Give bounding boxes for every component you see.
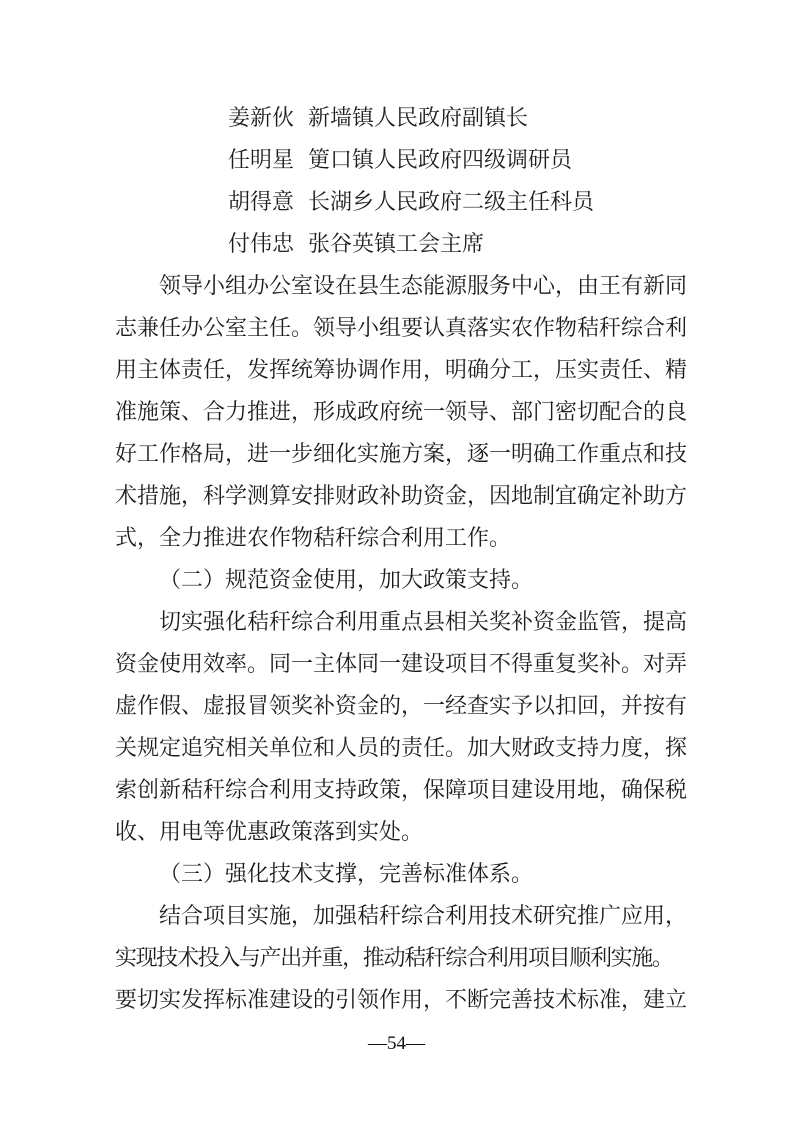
paragraph-line: 式，全力推进农作物秸秆综合利用工作。 — [115, 517, 689, 559]
paragraph-line: 虚作假、虚报冒领奖补资金的，一经查实予以扣回，并按有 — [115, 685, 689, 727]
paragraph-line: 要切实发挥标准建设的引领作用，不断完善技术标准，建立 — [115, 979, 689, 1021]
paragraph-line: 准施策、合力推进，形成政府统一领导、部门密切配合的良 — [115, 391, 689, 433]
paragraph-line: 结合项目实施，加强秸秆综合利用技术研究推广应用， — [115, 895, 689, 937]
paragraph-line: 索创新秸秆综合利用支持政策，保障项目建设用地，确保税 — [115, 769, 689, 811]
document-body: 姜新伙新墙镇人民政府副镇长 任明星筻口镇人民政府四级调研员 胡得意长湖乡人民政府… — [115, 97, 689, 1021]
paragraph-line: 收、用电等优惠政策落到实处。 — [115, 811, 689, 853]
roster-row: 付伟忠张谷英镇工会主席 — [115, 223, 689, 265]
paragraph-line: 志兼任办公室主任。领导小组要认真落实农作物秸秆综合利 — [115, 307, 689, 349]
paragraph-line: 实现技术投入与产出并重，推动秸秆综合利用项目顺利实施。 — [115, 937, 689, 979]
paragraph-line: 领导小组办公室设在县生态能源服务中心，由王有新同 — [115, 265, 689, 307]
roster-title: 长湖乡人民政府二级主任科员 — [308, 189, 594, 214]
roster-row: 姜新伙新墙镇人民政府副镇长 — [115, 97, 689, 139]
paragraph-line: 资金使用效率。同一主体同一建设项目不得重复奖补。对弄 — [115, 643, 689, 685]
section-heading-2: （二）规范资金使用，加大政策支持。 — [115, 559, 689, 601]
section-heading-3: （三）强化技术支撑，完善标准体系。 — [115, 853, 689, 895]
roster-name: 姜新伙 — [228, 97, 294, 139]
roster-title: 张谷英镇工会主席 — [308, 231, 484, 256]
roster-row: 胡得意长湖乡人民政府二级主任科员 — [115, 181, 689, 223]
page-number: —54— — [0, 1030, 793, 1058]
roster-name: 胡得意 — [228, 181, 294, 223]
paragraph-line: 用主体责任，发挥统筹协调作用，明确分工，压实责任、精 — [115, 349, 689, 391]
paragraph-line: 好工作格局，进一步细化实施方案，逐一明确工作重点和技 — [115, 433, 689, 475]
paragraph-line: 关规定追究相关单位和人员的责任。加大财政支持力度，探 — [115, 727, 689, 769]
paragraph-line: 切实强化秸秆综合利用重点县相关奖补资金监管，提高 — [115, 601, 689, 643]
paragraph-line: 术措施，科学测算安排财政补助资金，因地制宜确定补助方 — [115, 475, 689, 517]
roster-row: 任明星筻口镇人民政府四级调研员 — [115, 139, 689, 181]
roster-title: 筻口镇人民政府四级调研员 — [308, 147, 572, 172]
roster-name: 任明星 — [228, 139, 294, 181]
roster-title: 新墙镇人民政府副镇长 — [308, 105, 528, 130]
roster-name: 付伟忠 — [228, 223, 294, 265]
document-page: 姜新伙新墙镇人民政府副镇长 任明星筻口镇人民政府四级调研员 胡得意长湖乡人民政府… — [0, 0, 793, 1122]
